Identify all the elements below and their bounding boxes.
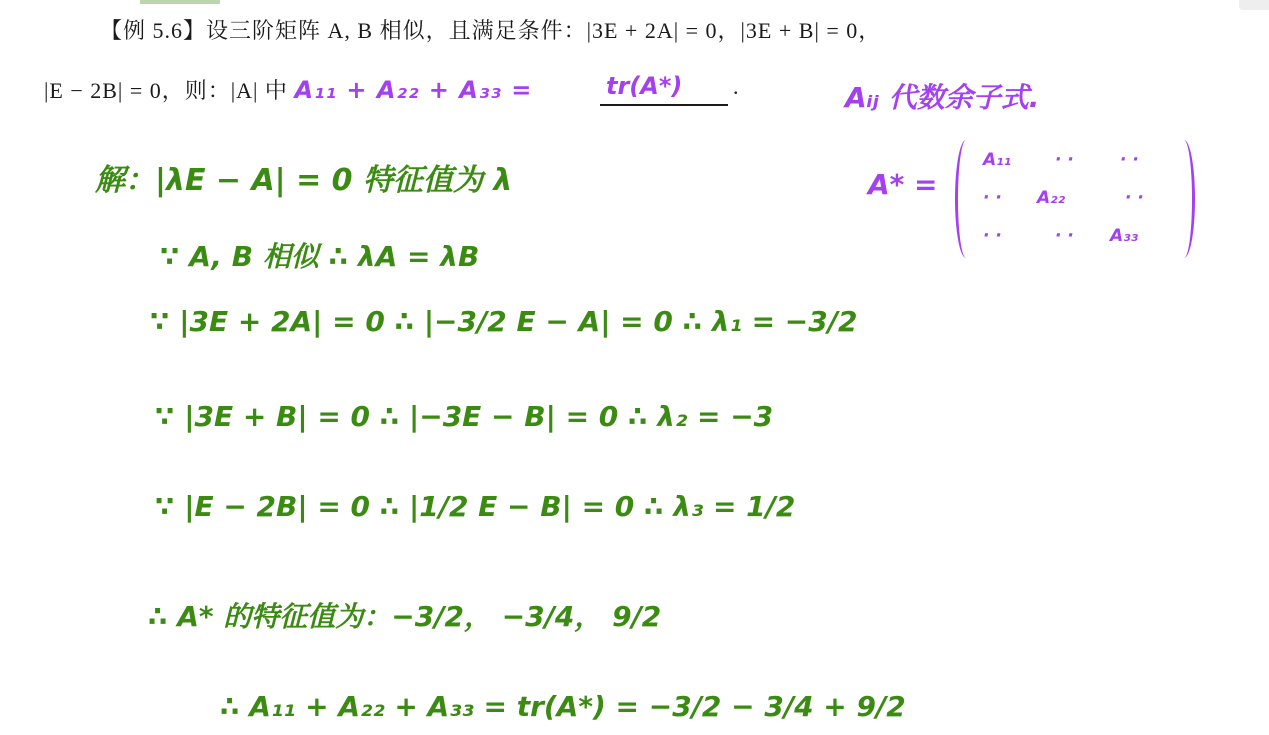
problem-text-2: |E − 2B| = 0，则：|A| 中: [44, 78, 288, 103]
handwritten-answer: tr(A*): [606, 72, 682, 100]
cofactor-note: Aᵢⱼ 代数余子式.: [845, 76, 1039, 116]
problem-line-2: |E − 2B| = 0，则：|A| 中 A₁₁ + A₂₂ + A₃₃ =: [44, 74, 532, 105]
right-paren: [1173, 140, 1195, 258]
problem-text-1: 设三阶矩阵 A, B 相似，且满足条件：|3E + 2A| = 0，|3E + …: [206, 18, 881, 43]
lecture-page: 【例 5.6】设三阶矩阵 A, B 相似，且满足条件：|3E + 2A| = 0…: [0, 0, 1269, 735]
matrix-cell: · ·: [983, 188, 1002, 208]
matrix-cell: · ·: [1055, 150, 1074, 170]
window-corner-tab: [1239, 0, 1269, 10]
matrix-cell: A₃₃: [1110, 226, 1138, 246]
matrix-cell: A₂₂: [1037, 188, 1065, 208]
left-paren: [955, 140, 977, 258]
solution-line-7: ∴ A₁₁ + A₂₂ + A₃₃ = tr(A*) = −3/2 − 3/4 …: [220, 690, 906, 723]
problem-line-1: 【例 5.6】设三阶矩阵 A, B 相似，且满足条件：|3E + 2A| = 0…: [100, 14, 881, 45]
ink-stroke-top: [140, 0, 220, 4]
adjugate-matrix: A₁₁ · · · · · · A₂₂ · · · · · · A₃₃: [955, 140, 1195, 258]
solution-line-5: ∵ |E − 2B| = 0 ∴ |1/2 E − B| = 0 ∴ λ₃ = …: [155, 490, 795, 523]
adjugate-label: A* =: [868, 168, 938, 201]
matrix-cell: · ·: [1125, 188, 1144, 208]
matrix-cell: · ·: [1120, 150, 1139, 170]
matrix-cell: · ·: [1055, 226, 1074, 246]
solution-line-6: ∴ A* 的特征值为：−3/2， −3/4， 9/2: [148, 595, 661, 635]
matrix-cell: · ·: [983, 226, 1002, 246]
solution-line-3: ∵ |3E + 2A| = 0 ∴ |−3/2 E − A| = 0 ∴ λ₁ …: [150, 305, 857, 338]
solution-line-1: 解：|λE − A| = 0 特征值为 λ: [95, 155, 512, 199]
solution-line-2: ∵ A, B 相似 ∴ λA = λB: [160, 235, 479, 275]
cofactor-sum-expr: A₁₁ + A₂₂ + A₃₃ =: [294, 76, 532, 104]
solution-line-4: ∵ |3E + B| = 0 ∴ |−3E − B| = 0 ∴ λ₂ = −3: [155, 400, 773, 433]
answer-blank-underline: [600, 104, 728, 106]
problem-period: .: [733, 74, 740, 100]
matrix-cell: A₁₁: [983, 150, 1011, 170]
problem-label: 【例 5.6】: [100, 18, 206, 43]
